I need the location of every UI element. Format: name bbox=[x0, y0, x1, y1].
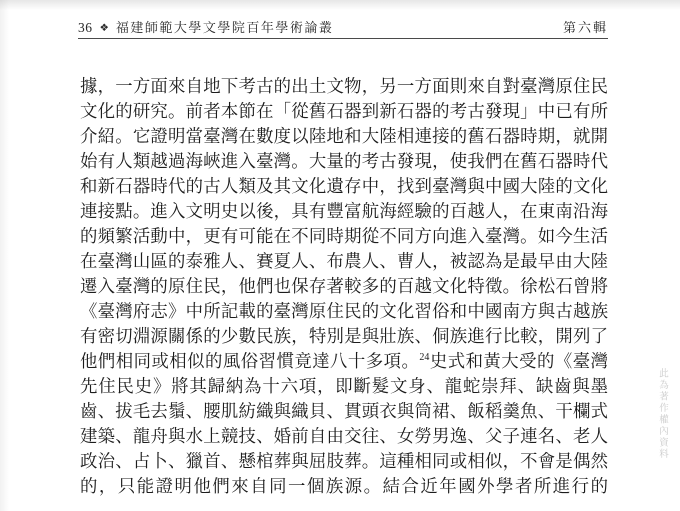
text-line-clipped: 的，只能證明他們來自同一個族源。結合近年國外學者所進行的 bbox=[80, 474, 608, 499]
text-line: 連接點。進入文明史以後，具有豐富航海經驗的百越人，在東南沿海 bbox=[80, 199, 608, 224]
text-line: 齒、拔毛去鬚、腰肌紡織與織貝、貫頭衣與筒裙、飯稻羹魚、干欄式 bbox=[80, 399, 608, 424]
text-line: 據，一方面來自地下考古的出土文物，另一方面則來自對臺灣原住民 bbox=[80, 74, 608, 99]
text-line: 建築、龍舟與水上競技、婚前自由交往、女勞男逸、父子連名、老人 bbox=[80, 424, 608, 449]
running-head: 36 ❖ 福建師範大學文學院百年學術論叢 第六輯 bbox=[78, 17, 608, 36]
footnote-line-pre: 他們相同或相似的風俗習慣竟達八十多項。 bbox=[80, 351, 419, 371]
volume-label: 第六輯 bbox=[563, 17, 608, 36]
text-line: 政治、占卜、獵首、懸棺葬與屈肢葬。這種相同或相似，不會是偶然 bbox=[80, 449, 608, 474]
text-line: 和新石器時代的古人類及其文化遺存中，找到臺灣與中國大陸的文化 bbox=[80, 174, 608, 199]
text-line-with-footnote: 他們相同或相似的風俗習慣竟達八十多項。24史式和黃大受的《臺灣 bbox=[80, 349, 608, 374]
scanned-book-page: 36 ❖ 福建師範大學文學院百年學術論叢 第六輯 據，一方面來自地下考古的出土文… bbox=[0, 0, 680, 511]
header-rule bbox=[78, 38, 608, 39]
edge-watermark: 此為著作權內資料 bbox=[655, 368, 669, 460]
text-line: 有密切淵源關係的少數民族，特別是與壯族、侗族進行比較，開列了 bbox=[80, 324, 608, 349]
footnote-marker: 24 bbox=[419, 352, 429, 363]
page-number: 36 bbox=[78, 20, 93, 36]
diamond-ornament-icon: ❖ bbox=[100, 22, 109, 34]
text-line: 遷入臺灣的原住民，他們也保存著較多的百越文化特徵。徐松石曾將 bbox=[80, 274, 608, 299]
text-line: 的頻繁活動中，更有可能在不同時期從不同方向進入臺灣。如今生活 bbox=[80, 224, 608, 249]
text-line: 始有人類越過海峽進入臺灣。大量的考古發現，使我們在舊石器時代 bbox=[80, 149, 608, 174]
text-line: 《臺灣府志》中所記載的臺灣原住民的文化習俗和中國南方與古越族 bbox=[80, 299, 608, 324]
book-series-title: 福建師範大學文學院百年學術論叢 bbox=[116, 17, 334, 36]
body-text: 據，一方面來自地下考古的出土文物，另一方面則來自對臺灣原住民 文化的研究。前者本… bbox=[80, 74, 608, 499]
text-line: 介紹。它證明當臺灣在數度以陸地和大陸相連接的舊石器時期，就開 bbox=[80, 124, 608, 149]
text-line: 在臺灣山區的泰雅人、賽夏人、布農人、曹人，被認為是最早由大陸 bbox=[80, 249, 608, 274]
text-line: 文化的研究。前者本節在「從舊石器到新石器的考古發現」中已有所 bbox=[80, 99, 608, 124]
text-line: 先住民史》將其歸納為十六項，即斷髮文身、龍蛇崇拜、缺齒與墨 bbox=[80, 374, 608, 399]
running-head-left: 36 ❖ 福建師範大學文學院百年學術論叢 bbox=[78, 17, 333, 36]
footnote-line-post: 史式和黃大受的《臺灣 bbox=[429, 351, 608, 371]
